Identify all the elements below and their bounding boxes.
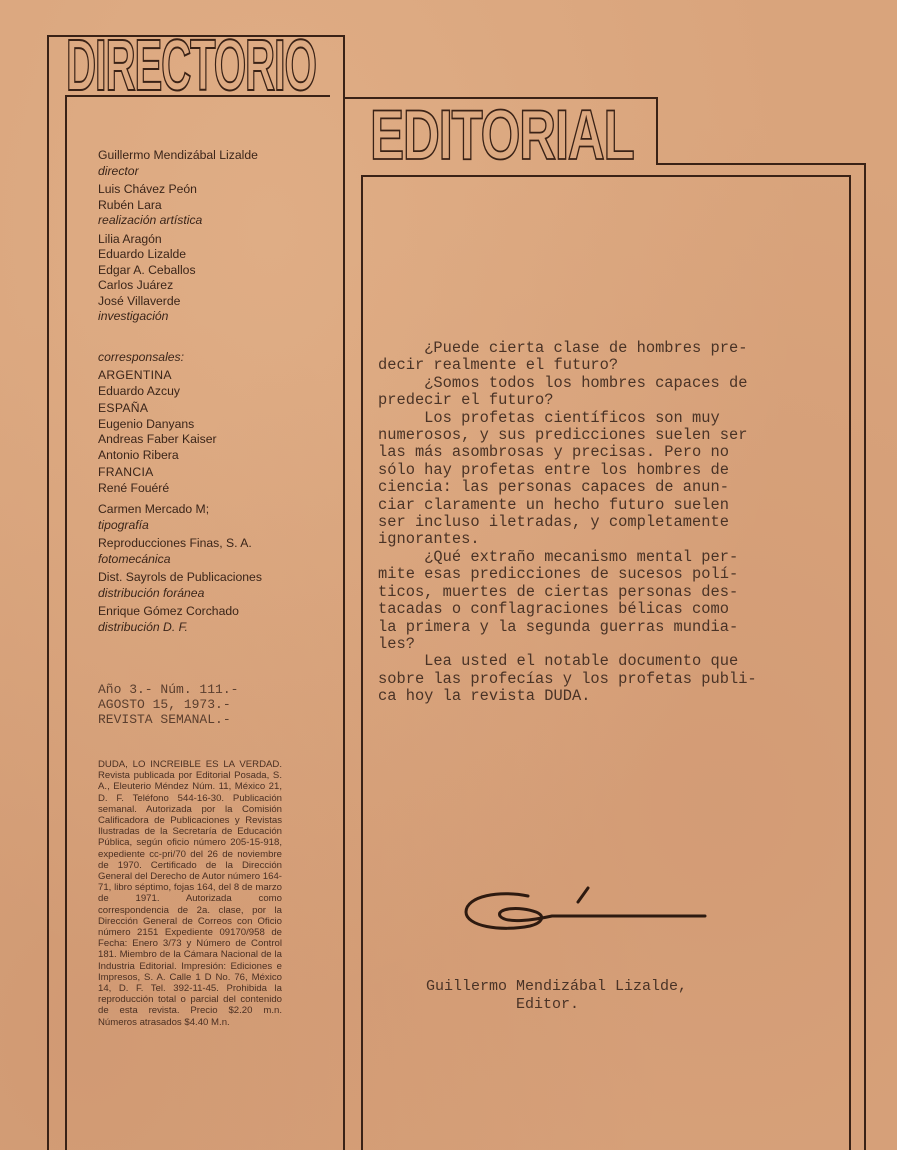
signature-block: Guillermo Mendizábal Lizalde, Editor. [426, 978, 786, 1014]
editorial-line: ¿Somos todos los hombres capaces de [378, 375, 823, 392]
correspondent-name: Eduardo Azcuy [98, 384, 328, 400]
issue-frequency: REVISTA SEMANAL.- [98, 712, 328, 727]
credit: Enrique Gómez Corchado distribución D. F… [98, 604, 328, 635]
country-heading: ESPAÑA [98, 401, 328, 417]
editorial-line: predecir el futuro? [378, 392, 823, 409]
editorial-line: ser incluso iletradas, y completamente [378, 514, 823, 531]
issue-date: AGOSTO 15, 1973.- [98, 697, 328, 712]
staff-role: investigación [98, 309, 328, 325]
staff-group-director: Guillermo Mendizábal Lizalde director [98, 148, 328, 179]
credit-role: fotomecánica [98, 552, 328, 568]
correspondents: corresponsales: ARGENTINA Eduardo Azcuy … [98, 350, 328, 497]
editorial-line: les? [378, 636, 823, 653]
title-directorio: DIRECTORIO [66, 30, 316, 102]
correspondent-name: Andreas Faber Kaiser [98, 432, 328, 448]
editorial-line: la primera y la segunda guerras mundia- [378, 619, 823, 636]
credit: Dist. Sayrols de Publicaciones distribuc… [98, 570, 328, 601]
staff-name: Luis Chávez Peón [98, 182, 328, 198]
staff-name: Eduardo Lizalde [98, 247, 328, 263]
credit: Carmen Mercado M; tipografía [98, 502, 328, 533]
legal-notice: DUDA, LO INCREIBLE ES LA VERDAD. Revista… [98, 759, 282, 1028]
correspondent-name: Eugenio Danyans [98, 417, 328, 433]
editorial-line: sobre las profecías y los profetas publi… [378, 671, 823, 688]
credit-name: Carmen Mercado M; [98, 502, 328, 518]
signature-icon [460, 882, 710, 942]
editorial-line: mite esas predicciones de sucesos polí- [378, 566, 823, 583]
editorial-line: Lea usted el notable documento que [378, 653, 823, 670]
editorial-body: ¿Puede cierta clase de hombres pre-decir… [378, 340, 823, 706]
editorial-line: numerosos, y sus predicciones suelen ser [378, 427, 823, 444]
signature-title: Editor. [426, 996, 786, 1014]
editorial-line: sólo hay profetas entre los hombres de [378, 462, 823, 479]
editorial-line: ca hoy la revista DUDA. [378, 688, 823, 705]
staff-role: director [98, 164, 328, 180]
editorial-line: ciar claramente un hecho futuro suelen [378, 497, 823, 514]
editorial-line: tacadas o conflagraciones bélicas como [378, 601, 823, 618]
correspondent-name: Antonio Ribera [98, 448, 328, 464]
country-heading: FRANCIA [98, 465, 328, 481]
credit-role: tipografía [98, 518, 328, 534]
staff-role: realización artística [98, 213, 328, 229]
credit: Reproducciones Finas, S. A. fotomecánica [98, 536, 328, 567]
staff-name: José Villaverde [98, 294, 328, 310]
staff-name: Rubén Lara [98, 198, 328, 214]
editorial-line: ticos, muertes de ciertas personas des- [378, 584, 823, 601]
staff-name: Lilia Aragón [98, 232, 328, 248]
credit-name: Reproducciones Finas, S. A. [98, 536, 328, 552]
country-heading: ARGENTINA [98, 368, 328, 384]
editorial-line: Los profetas científicos son muy [378, 410, 823, 427]
issue-info: Año 3.- Núm. 111.-AGOSTO 15, 1973.-REVIS… [98, 682, 328, 727]
issue-number: Año 3.- Núm. 111.- [98, 682, 328, 697]
staff-name: Carlos Juárez [98, 278, 328, 294]
signature-name: Guillermo Mendizábal Lizalde, [426, 978, 786, 996]
title-editorial: EDITORIAL [370, 100, 633, 170]
staff-name: Edgar A. Ceballos [98, 263, 328, 279]
staff-group-research: Lilia Aragón Eduardo Lizalde Edgar A. Ce… [98, 232, 328, 325]
staff-group-art: Luis Chávez Peón Rubén Lara realización … [98, 182, 328, 229]
editorial-line: decir realmente el futuro? [378, 357, 823, 374]
editorial-line: ciencia: las personas capaces de anun- [378, 479, 823, 496]
editorial-line: ¿Qué extraño mecanismo mental per- [378, 549, 823, 566]
credit-role: distribución D. F. [98, 620, 328, 636]
editorial-line: ignorantes. [378, 531, 823, 548]
correspondent-name: René Fouéré [98, 481, 328, 497]
correspondents-label: corresponsales: [98, 350, 328, 366]
staff-name: Guillermo Mendizábal Lizalde [98, 148, 328, 164]
editorial-line: las más asombrosas y precisas. Pero no [378, 444, 823, 461]
editorial-line: ¿Puede cierta clase de hombres pre- [378, 340, 823, 357]
credit-name: Enrique Gómez Corchado [98, 604, 328, 620]
staff-directory: Guillermo Mendizábal Lizalde director Lu… [98, 148, 328, 638]
credit-role: distribución foránea [98, 586, 328, 602]
credit-name: Dist. Sayrols de Publicaciones [98, 570, 328, 586]
